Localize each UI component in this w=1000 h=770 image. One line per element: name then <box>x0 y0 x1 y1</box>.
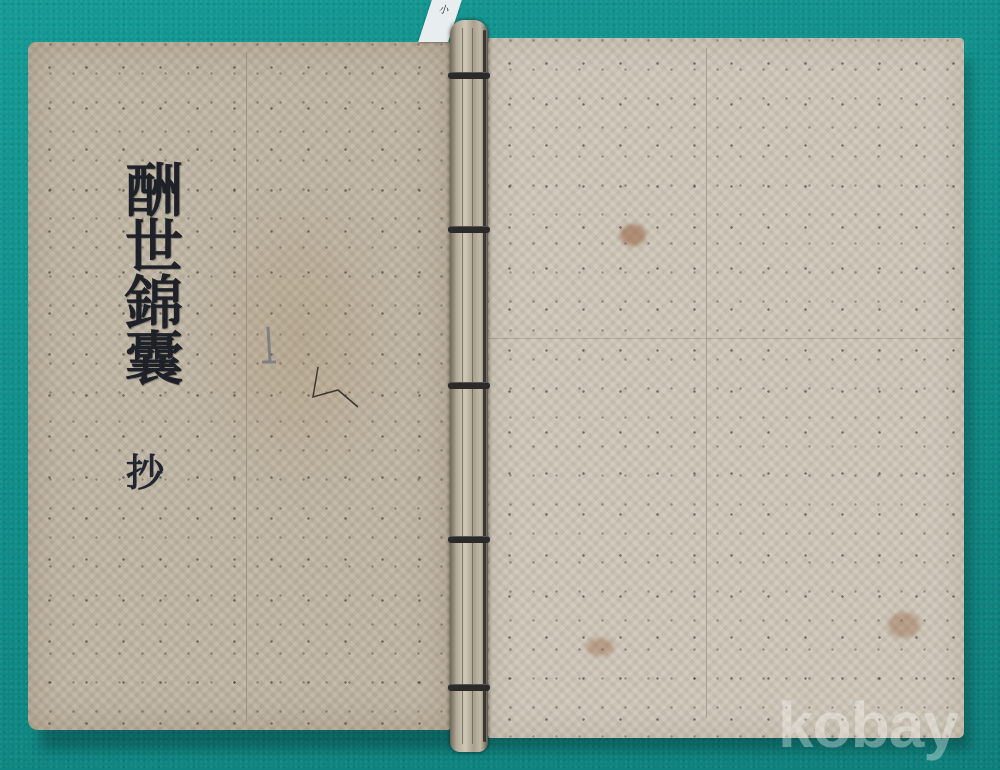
cover-crease-vertical <box>706 48 707 718</box>
book-spine <box>450 20 488 752</box>
stain-spot <box>586 638 614 656</box>
stain-spot <box>888 612 920 638</box>
book-title-suffix: 抄 <box>126 442 164 497</box>
stain-spot <box>620 224 646 246</box>
back-cover <box>488 38 964 738</box>
bookmark-label: 小 <box>433 4 451 14</box>
binding-stitch <box>448 536 490 543</box>
cover-crease <box>246 52 247 722</box>
cover-crease-horizontal <box>488 338 964 339</box>
watermark: kobay <box>778 688 958 762</box>
book-title: 酬世錦囊 <box>114 160 184 384</box>
binding-stitch <box>448 226 490 233</box>
ink-scribble <box>258 322 358 412</box>
binding-stitch <box>448 684 490 691</box>
binding-stitch <box>448 382 490 389</box>
front-cover: 酬世錦囊 抄 <box>28 42 450 730</box>
binding-stitch <box>448 72 490 79</box>
